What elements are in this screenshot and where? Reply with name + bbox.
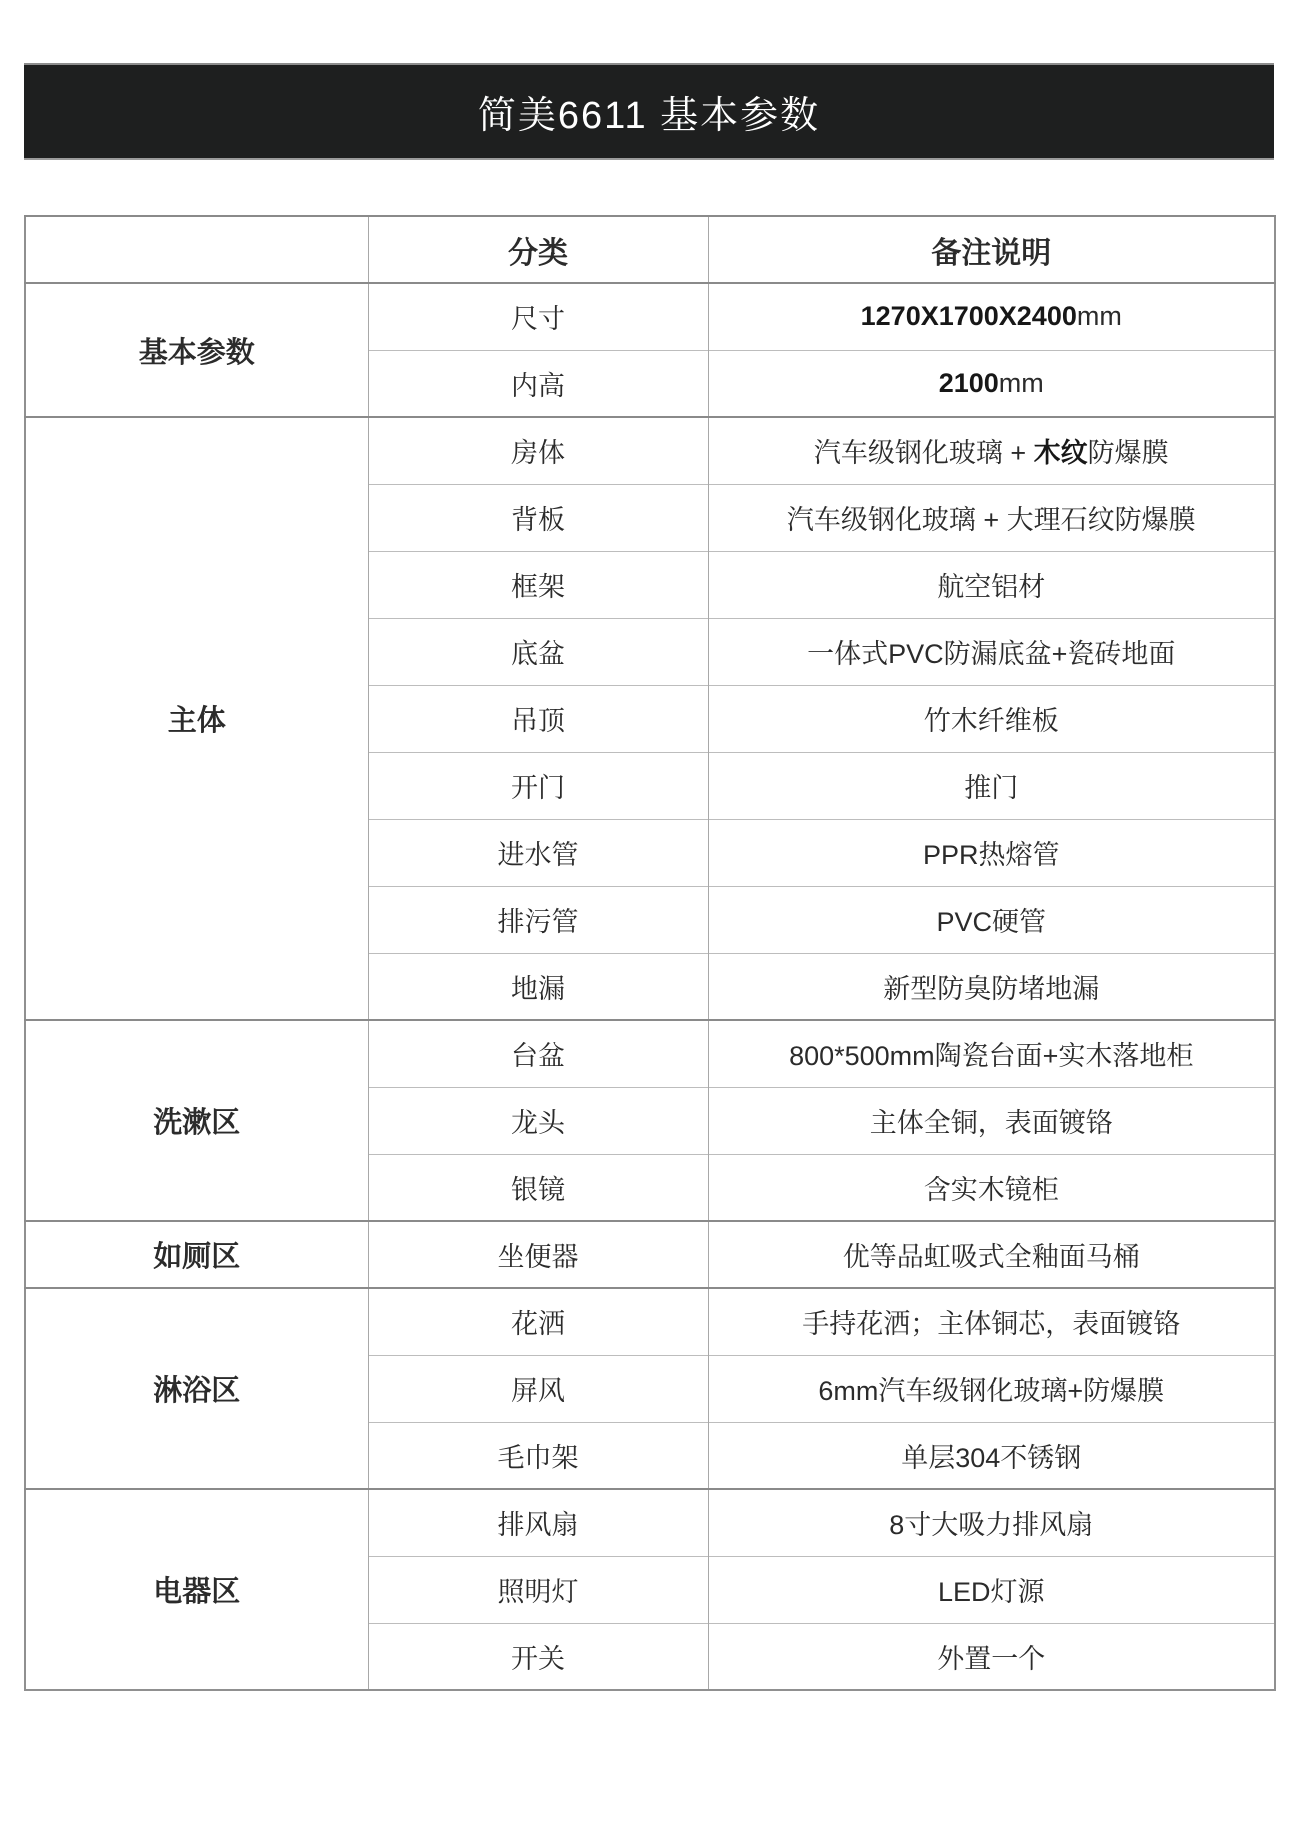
value-text-after: 防爆膜 [1088,438,1169,468]
table-row: 淋浴区 花洒 手持花洒；主体铜芯，表面镀铬 [25,1288,1275,1355]
value-cell: 单层304不锈钢 [708,1422,1275,1489]
group-cell-washing-area: 洗漱区 [25,1020,368,1221]
table-row: 主体 房体 汽车级钢化玻璃 + 木纹防爆膜 [25,417,1275,484]
value-cell: 新型防臭防堵地漏 [708,953,1275,1020]
value-cell: 一体式PVC防漏底盆+瓷砖地面 [708,618,1275,685]
page-title: 简美6611 基本参数 [478,84,820,139]
value-text-after: mm [999,368,1044,398]
value-text: PVC硬管 [936,907,1046,937]
group-cell-electrical-area: 电器区 [25,1489,368,1690]
category-cell: 房体 [368,417,708,484]
value-text: 6mm汽车级钢化玻璃+防爆膜 [818,1376,1164,1406]
column-header-category: 分类 [368,216,708,283]
value-cell: 主体全铜，表面镀铬 [708,1087,1275,1154]
category-cell: 排风扇 [368,1489,708,1556]
value-cell: 优等品虹吸式全釉面马桶 [708,1221,1275,1288]
category-cell: 进水管 [368,819,708,886]
value-text-bold: 2100 [939,368,999,398]
category-cell: 开关 [368,1623,708,1690]
value-text: 竹木纤维板 [924,706,1059,736]
category-cell: 地漏 [368,953,708,1020]
value-text: 推门 [964,773,1018,803]
value-text: 汽车级钢化玻璃 + 大理石纹防爆膜 [787,505,1196,535]
value-cell: 含实木镜柜 [708,1154,1275,1221]
value-text: 含实木镜柜 [924,1175,1059,1205]
value-text: 一体式PVC防漏底盆+瓷砖地面 [807,639,1175,669]
table-row: 洗漱区 台盆 800*500mm陶瓷台面+实木落地柜 [25,1020,1275,1087]
header-row: 分类 备注说明 [25,216,1275,283]
category-cell: 底盆 [368,618,708,685]
value-text-bold: 1270X1700X2400 [861,301,1077,331]
value-text-bold: 木纹 [1034,438,1088,468]
group-cell-toilet-area: 如厕区 [25,1221,368,1288]
value-text: 汽车级钢化玻璃 + [814,438,1034,468]
value-cell: 800*500mm陶瓷台面+实木落地柜 [708,1020,1275,1087]
table-row: 基本参数 尺寸 1270X1700X2400mm [25,283,1275,350]
category-cell: 坐便器 [368,1221,708,1288]
column-header-remark: 备注说明 [708,216,1275,283]
value-cell: 竹木纤维板 [708,685,1275,752]
title-bar: 简美6611 基本参数 [24,63,1274,160]
spec-sheet-page: 简美6611 基本参数 分类 备注说明 基本参数 尺寸 1270X1700X24… [0,0,1300,1844]
category-cell: 背板 [368,484,708,551]
category-cell: 吊顶 [368,685,708,752]
value-text: 外置一个 [937,1644,1045,1674]
table-row: 如厕区 坐便器 优等品虹吸式全釉面马桶 [25,1221,1275,1288]
value-cell: 8寸大吸力排风扇 [708,1489,1275,1556]
value-cell: 手持花洒；主体铜芯，表面镀铬 [708,1288,1275,1355]
category-cell: 台盆 [368,1020,708,1087]
value-text: 800*500mm陶瓷台面+实木落地柜 [789,1041,1193,1071]
value-text: 优等品虹吸式全釉面马桶 [843,1242,1140,1272]
spec-table: 分类 备注说明 基本参数 尺寸 1270X1700X2400mm 内高 2100… [24,215,1276,1691]
value-text: 单层304不锈钢 [901,1443,1081,1473]
category-cell: 银镜 [368,1154,708,1221]
value-text: 手持花洒；主体铜芯，表面镀铬 [802,1309,1180,1339]
category-cell: 龙头 [368,1087,708,1154]
value-cell: 6mm汽车级钢化玻璃+防爆膜 [708,1355,1275,1422]
category-cell: 照明灯 [368,1556,708,1623]
group-cell-basic-params: 基本参数 [25,283,368,417]
table-row: 电器区 排风扇 8寸大吸力排风扇 [25,1489,1275,1556]
value-cell: 汽车级钢化玻璃 + 大理石纹防爆膜 [708,484,1275,551]
category-cell: 屏风 [368,1355,708,1422]
group-cell-shower-area: 淋浴区 [25,1288,368,1489]
value-cell: PPR热熔管 [708,819,1275,886]
value-cell: 推门 [708,752,1275,819]
category-cell: 开门 [368,752,708,819]
category-cell: 内高 [368,350,708,417]
value-text: 8寸大吸力排风扇 [889,1510,1093,1540]
value-cell: LED灯源 [708,1556,1275,1623]
category-cell: 花洒 [368,1288,708,1355]
value-text: 主体全铜，表面镀铬 [870,1108,1113,1138]
value-cell: 2100mm [708,350,1275,417]
category-cell: 框架 [368,551,708,618]
category-cell: 排污管 [368,886,708,953]
corner-cell [25,216,368,283]
value-text: 新型防臭防堵地漏 [883,974,1099,1004]
value-text-after: mm [1077,301,1122,331]
value-cell: PVC硬管 [708,886,1275,953]
category-cell: 毛巾架 [368,1422,708,1489]
value-text: 航空铝材 [937,572,1045,602]
value-cell: 外置一个 [708,1623,1275,1690]
category-cell: 尺寸 [368,283,708,350]
value-cell: 1270X1700X2400mm [708,283,1275,350]
group-cell-main-body: 主体 [25,417,368,1020]
value-text: PPR热熔管 [923,840,1060,870]
value-cell: 汽车级钢化玻璃 + 木纹防爆膜 [708,417,1275,484]
value-text: LED灯源 [938,1577,1045,1607]
value-cell: 航空铝材 [708,551,1275,618]
